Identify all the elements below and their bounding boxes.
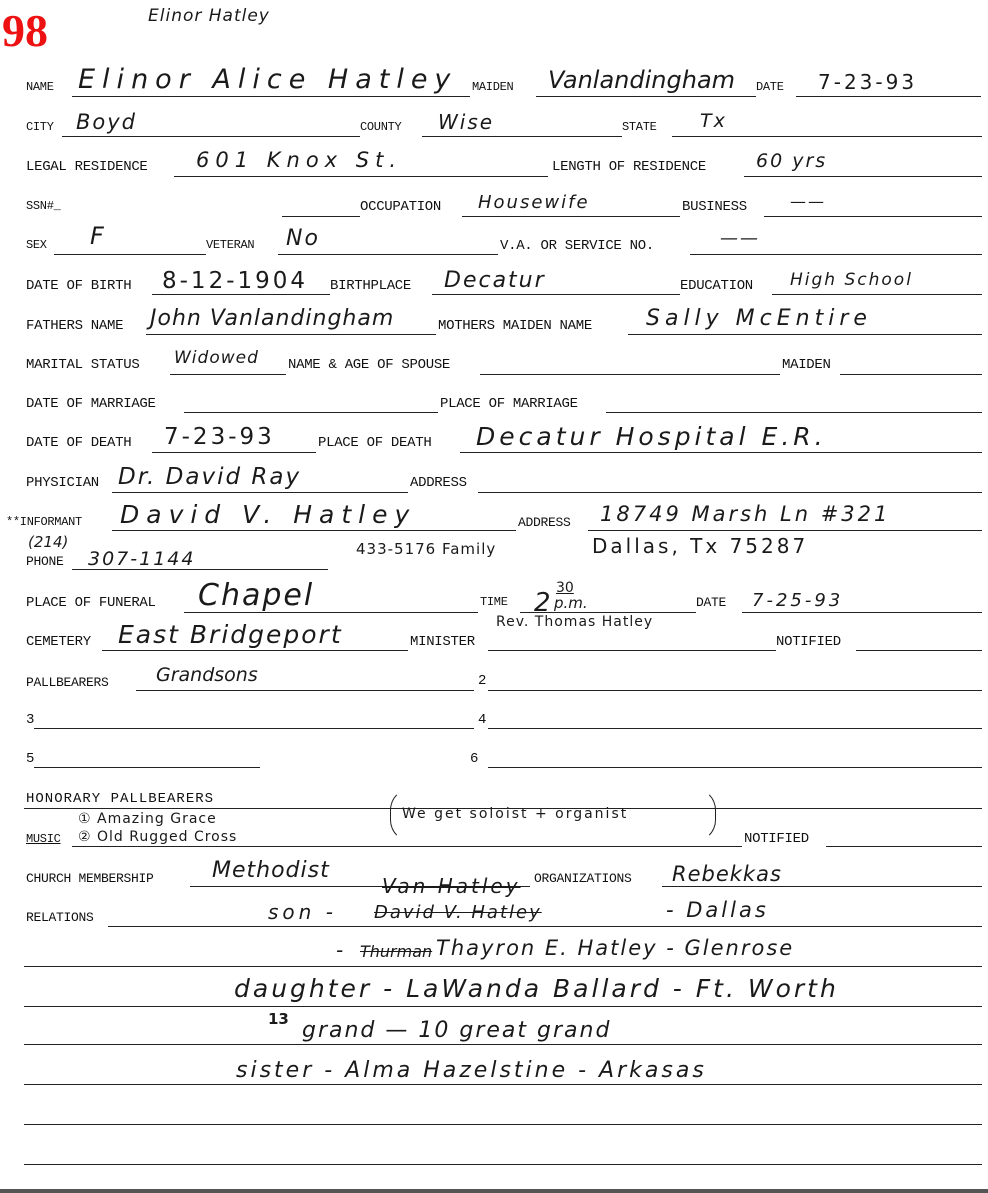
length-of-residence-label: LENGTH OF RESIDENCE [552,159,706,175]
occupation-label: OCCUPATION [360,199,441,215]
county-field[interactable]: Wise [438,110,494,134]
veteran-label: VETERAN [206,238,254,252]
date-of-birth-label: DATE OF BIRTH [26,278,131,294]
relation-2-prefix: - [336,938,345,962]
minister-field[interactable]: Rev. Thomas Hatley [496,614,653,630]
cemetery-label: CEMETERY [26,634,91,650]
phone-area-code: (214) [28,533,68,551]
pallbearer-1-field[interactable]: Grandsons [156,664,258,686]
music-2-field[interactable]: ② Old Rugged Cross [78,829,237,845]
church-membership-field[interactable]: Methodist [212,858,330,883]
page-number: 98 [2,8,48,54]
pallbearer-2-label: 2 [478,673,486,689]
name-label: NAME [26,80,54,94]
physician-label: PHYSICIAN [26,475,99,491]
fathers-name-field[interactable]: John Vanlandingham [150,306,394,331]
birthplace-label: BIRTHPLACE [330,278,411,294]
phone-label: PHONE [26,554,64,569]
relation-1-text[interactable]: - Dallas [666,898,769,922]
relation-4-prefix: 13 [268,1010,289,1028]
state-label: STATE [622,120,657,134]
occupation-field[interactable]: Housewife [478,192,590,213]
education-field[interactable]: High School [790,270,913,290]
date-of-marriage-label: DATE OF MARRIAGE [26,396,156,412]
informant-field[interactable]: David V. Hatley [120,500,416,529]
va-service-no-field[interactable]: —— [720,228,760,249]
spouse-maiden-label: MAIDEN [782,357,831,373]
maiden-field[interactable]: Vanlandingham [548,66,735,94]
spouse-label: NAME & AGE OF SPOUSE [288,357,450,373]
place-of-funeral-label: PLACE OF FUNERAL [26,595,156,611]
pallbearer-6-label: 6 [470,751,478,767]
physician-field[interactable]: Dr. David Ray [118,464,301,490]
date-label: DATE [756,80,784,94]
honorary-pallbearers-label: HONORARY PALLBEARERS [26,791,214,807]
legal-residence-field[interactable]: 601 Knox St. [196,148,402,172]
business-label: BUSINESS [682,199,747,215]
church-membership-label: CHURCH MEMBERSHIP [26,871,154,886]
city-label: CITY [26,120,54,134]
informant-address-line1[interactable]: 18749 Marsh Ln #321 [600,502,890,526]
family-phone: 433-5176 Family [356,540,496,558]
place-of-funeral-field[interactable]: Chapel [198,578,314,613]
pallbearer-3-label: 3 [26,712,34,728]
relation-1-prefix: son - [268,900,337,924]
marital-status-field[interactable]: Widowed [174,348,259,368]
date-of-death-label: DATE OF DEATH [26,435,131,451]
county-label: COUNTY [360,120,401,134]
fathers-name-label: FATHERS NAME [26,318,123,334]
physician-address-label: ADDRESS [410,475,467,491]
organizations-label: ORGANIZATIONS [534,871,632,886]
veteran-field[interactable]: No [286,226,320,251]
name-field[interactable]: Elinor Alice Hatley [78,64,457,95]
music-notified-label: NOTIFIED [744,831,809,847]
business-field[interactable]: —— [790,192,826,211]
relation-5-text[interactable]: sister - Alma Hazelstine - Arkasas [236,1058,707,1083]
cemetery-field[interactable]: East Bridgeport [118,620,343,649]
va-service-no-label: V.A. OR SERVICE NO. [500,238,654,254]
place-of-death-field[interactable]: Decatur Hospital E.R. [476,422,827,451]
legal-residence-label: LEGAL RESIDENCE [26,159,148,175]
relation-1-struck: David V. Hatley [374,902,542,923]
place-of-death-label: PLACE OF DEATH [318,435,431,451]
notified-label: NOTIFIED [776,634,841,650]
length-of-residence-field[interactable]: 60 yrs [756,150,827,172]
pallbearer-5-label: 5 [26,751,34,767]
maiden-label: MAIDEN [472,80,513,94]
music-1-field[interactable]: ① Amazing Grace [78,811,217,827]
marital-status-label: MARITAL STATUS [26,357,139,373]
pallbearer-4-label: 4 [478,712,486,728]
date-of-death-field[interactable]: 7-23-93 [164,424,275,450]
phone-field[interactable]: 307-1144 [88,548,195,570]
minister-label: MINISTER [410,634,475,650]
funeral-date-label: DATE [696,595,726,610]
relations-label: RELATIONS [26,910,94,925]
ssn-label: SSN#_ [26,199,61,213]
informant-address-label: ADDRESS [518,515,571,530]
time-label: TIME [480,595,508,609]
mothers-maiden-name-label: MOTHERS MAIDEN NAME [438,318,592,334]
church-note: Van Hatley [382,874,521,898]
relation-4-text[interactable]: grand — 10 great grand [302,1018,611,1043]
sex-label: SEX [26,238,47,252]
informant-label: **INFORMANT [6,515,82,529]
education-label: EDUCATION [680,278,753,294]
birthplace-field[interactable]: Decatur [444,268,546,293]
bottom-edge [0,1189,988,1193]
city-field[interactable]: Boyd [76,110,137,134]
date-field[interactable]: 7-23-93 [818,70,917,94]
header-note: Elinor Hatley [148,6,270,26]
music-label: MUSIC [26,832,61,846]
organizations-field[interactable]: Rebekkas [672,862,782,886]
time-ampm[interactable]: p.m. [554,594,588,612]
funeral-date-field[interactable]: 7-25-93 [752,590,843,611]
relation-2-struck: Thurman [360,942,432,961]
sex-field[interactable]: F [90,222,106,250]
place-of-marriage-label: PLACE OF MARRIAGE [440,396,578,412]
pallbearers-label: PALLBEARERS [26,675,109,690]
relation-2-text[interactable]: Thayron E. Hatley - Glenrose [436,936,794,960]
informant-address-line2[interactable]: Dallas, Tx 75287 [592,534,808,558]
mothers-maiden-name-field[interactable]: Sally McEntire [646,306,872,331]
music-note: We get soloist + organist [402,806,628,822]
date-of-birth-field[interactable]: 8-12-1904 [162,268,308,294]
relation-3-text[interactable]: daughter - LaWanda Ballard - Ft. Worth [234,974,839,1003]
state-field[interactable]: Tx [700,110,727,132]
